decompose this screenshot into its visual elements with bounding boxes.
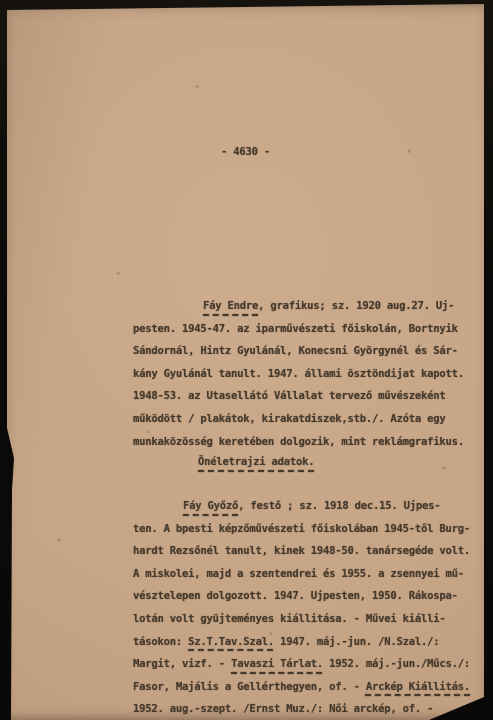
text-line: Fáy Győző, festő ; sz. 1918 dec.15. Ujpe…: [133, 495, 489, 518]
text-line: Fáy Endre, grafikus; sz. 1920 aug.27. Uj…: [133, 295, 489, 318]
text-line: Sándornál, Hintz Gyulánál, Konecsni Györ…: [133, 340, 489, 363]
text-line: kány Gyulánál tanult. 1947. állami ösztö…: [133, 363, 489, 386]
page-number: - 4630 -: [221, 146, 270, 158]
underlined-text: Fáy Endre: [203, 300, 258, 312]
text-segment: 1948-53. az Utasellátó Vállalat tervező …: [133, 390, 446, 402]
scanned-page: - 4630 - Fáy Endre, grafikus; sz. 1920 a…: [0, 0, 493, 720]
text-line: lotán volt gyüjteményes kiállitása. - Mű…: [133, 608, 489, 631]
underlined-text: Sz.T.Tav.Szal.: [188, 636, 274, 648]
text-line: pesten. 1945-47. az iparművészeti főisko…: [133, 318, 489, 341]
text-segment: Margit, vizf. -: [133, 658, 231, 670]
text-line: hardt Rezsőnél tanult, kinek 1948-50. ta…: [133, 540, 489, 563]
text-segment: kány Gyulánál tanult. 1947. állami ösztö…: [133, 368, 464, 380]
text-segment: ten. A bpesti képzőművészeti főiskolában…: [133, 523, 470, 535]
text-segment: vésztelepen dolgozott. 1947. Ujpesten, 1…: [133, 590, 458, 602]
text-segment: A miskolei, majd a szentendrei és 1955. …: [133, 568, 464, 580]
text-line: működött / plakátok, kirakatdiszek,stb./…: [133, 408, 489, 431]
section-heading: Önéletrajzi adatok.: [198, 455, 314, 470]
text-segment: hardt Rezsőnél tanult, kinek 1948-50. ta…: [133, 545, 470, 557]
paragraph-fay-endre: Fáy Endre, grafikus; sz. 1920 aug.27. Uj…: [133, 295, 489, 453]
text-segment: működött / plakátok, kirakatdiszek,stb./…: [133, 413, 446, 425]
text-line: Margit, vizf. - Tavaszi Tárlat. 1952. má…: [133, 653, 489, 676]
paragraph-fay-gyozo: Fáy Győző, festő ; sz. 1918 dec.15. Ujpe…: [133, 495, 489, 720]
text-segment: lotán volt gyüjteményes kiállitása. - Mű…: [133, 613, 446, 625]
text-line: tásokon: Sz.T.Tav.Szal. 1947. máj.-jun. …: [133, 631, 489, 654]
text-line: 1952. aug.-szept. /Ernst Muz./: Női arck…: [133, 698, 489, 720]
text-line: ten. A bpesti képzőművészeti főiskolában…: [133, 518, 489, 541]
text-segment: munkaközösség keretében dolgozik, mint r…: [133, 436, 464, 448]
text-segment: Fasor, Majális a Gellérthegyen, of. -: [133, 681, 366, 693]
text-line: A miskolei, majd a szentendrei és 1955. …: [133, 563, 489, 586]
text-line: vésztelepen dolgozott. 1947. Ujpesten, 1…: [133, 585, 489, 608]
underlined-text: Fáy Győző: [183, 500, 238, 512]
text-line: Fasor, Majális a Gellérthegyen, of. - Ar…: [133, 676, 489, 699]
text-segment: , festő ; sz. 1918 dec.15. Ujpes-: [238, 500, 440, 512]
text-segment: 1952. máj.-jun./Műcs./:: [323, 658, 470, 670]
text-line: 1948-53. az Utasellátó Vállalat tervező …: [133, 385, 489, 408]
underlined-text: Arckép Kiállitás.: [366, 681, 470, 693]
text-line: munkaközösség keretében dolgozik, mint r…: [133, 431, 489, 454]
paper-sheet: - 4630 - Fáy Endre, grafikus; sz. 1920 a…: [0, 0, 493, 720]
text-segment: pesten. 1945-47. az iparművészeti főisko…: [133, 323, 458, 335]
text-segment: , grafikus; sz. 1920 aug.27. Uj-: [258, 300, 454, 312]
text-segment: Sándornál, Hintz Gyulánál, Konecsni Györ…: [133, 345, 458, 357]
underlined-text: Tavaszi Tárlat.: [231, 658, 323, 670]
text-segment: 1947. máj.-jun. /N.Szal./:: [274, 636, 439, 648]
text-segment: 1952. aug.-szept. /Ernst Muz./: Női arck…: [133, 703, 433, 715]
text-segment: tásokon:: [133, 636, 188, 648]
